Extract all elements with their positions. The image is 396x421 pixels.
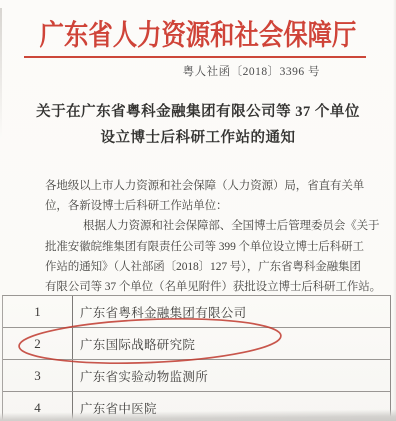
- document-number: 粤人社函〔2018〕3396 号: [183, 63, 320, 79]
- document-page: 广东省人力资源和社会保障厅 粤人社函〔2018〕3396 号 关于在广东省粤科金…: [0, 0, 396, 421]
- notice-title: 关于在广东省粤科金融集团有限公司等 37 个单位 设立博士后科研工作站的通知: [0, 100, 396, 151]
- table-row: 1 广东省粤科金融集团有限公司: [3, 296, 390, 328]
- notice-title-line2: 设立博士后科研工作站的通知: [0, 126, 396, 152]
- agency-header-title: 广东省人力资源和社会保障厅: [26, 17, 371, 56]
- notice-body: 各地级以上市人力资源和社会保障（人力资源）局，省直有关单 位，各新设博士后科研工…: [45, 176, 371, 297]
- unit-name-cell: 广东省粤科金融集团有限公司: [73, 296, 390, 327]
- table-row: 3 广东省实验动物监测所: [3, 360, 390, 392]
- row-number-cell: 3: [3, 360, 73, 391]
- row-number-cell: 2: [3, 328, 73, 359]
- body-line-1: 各地级以上市人力资源和社会保障（人力资源）局，省直有关单: [45, 176, 371, 196]
- work-station-list-table: 1 广东省粤科金融集团有限公司 2 广东国际战略研究院 3 广东省实验动物监测所…: [2, 295, 391, 421]
- row-number-cell: 1: [3, 296, 73, 327]
- body-line-5: 作站的通知》（人社部函〔2018〕127 号），广东省粤科金融集团: [45, 257, 371, 277]
- body-line-3: 根据人力资源和社会保障部、全国博士后管理委员会《关于: [45, 216, 371, 236]
- body-line-2: 位，各新设博士后科研工作站单位：: [45, 196, 371, 216]
- notice-title-line1: 关于在广东省粤科金融集团有限公司等 37 个单位: [0, 100, 396, 126]
- body-line-4: 批准安徽皖维集团有限责任公司等 399 个单位设立博士后科研工: [45, 237, 371, 257]
- photo-left-edge: [0, 8, 2, 138]
- unit-name-cell: 广东国际战略研究院: [73, 328, 390, 359]
- unit-name-cell: 广东省实验动物监测所: [73, 360, 390, 391]
- table-row: 2 广东国际战略研究院: [3, 328, 390, 360]
- header-red-divider: [24, 56, 366, 58]
